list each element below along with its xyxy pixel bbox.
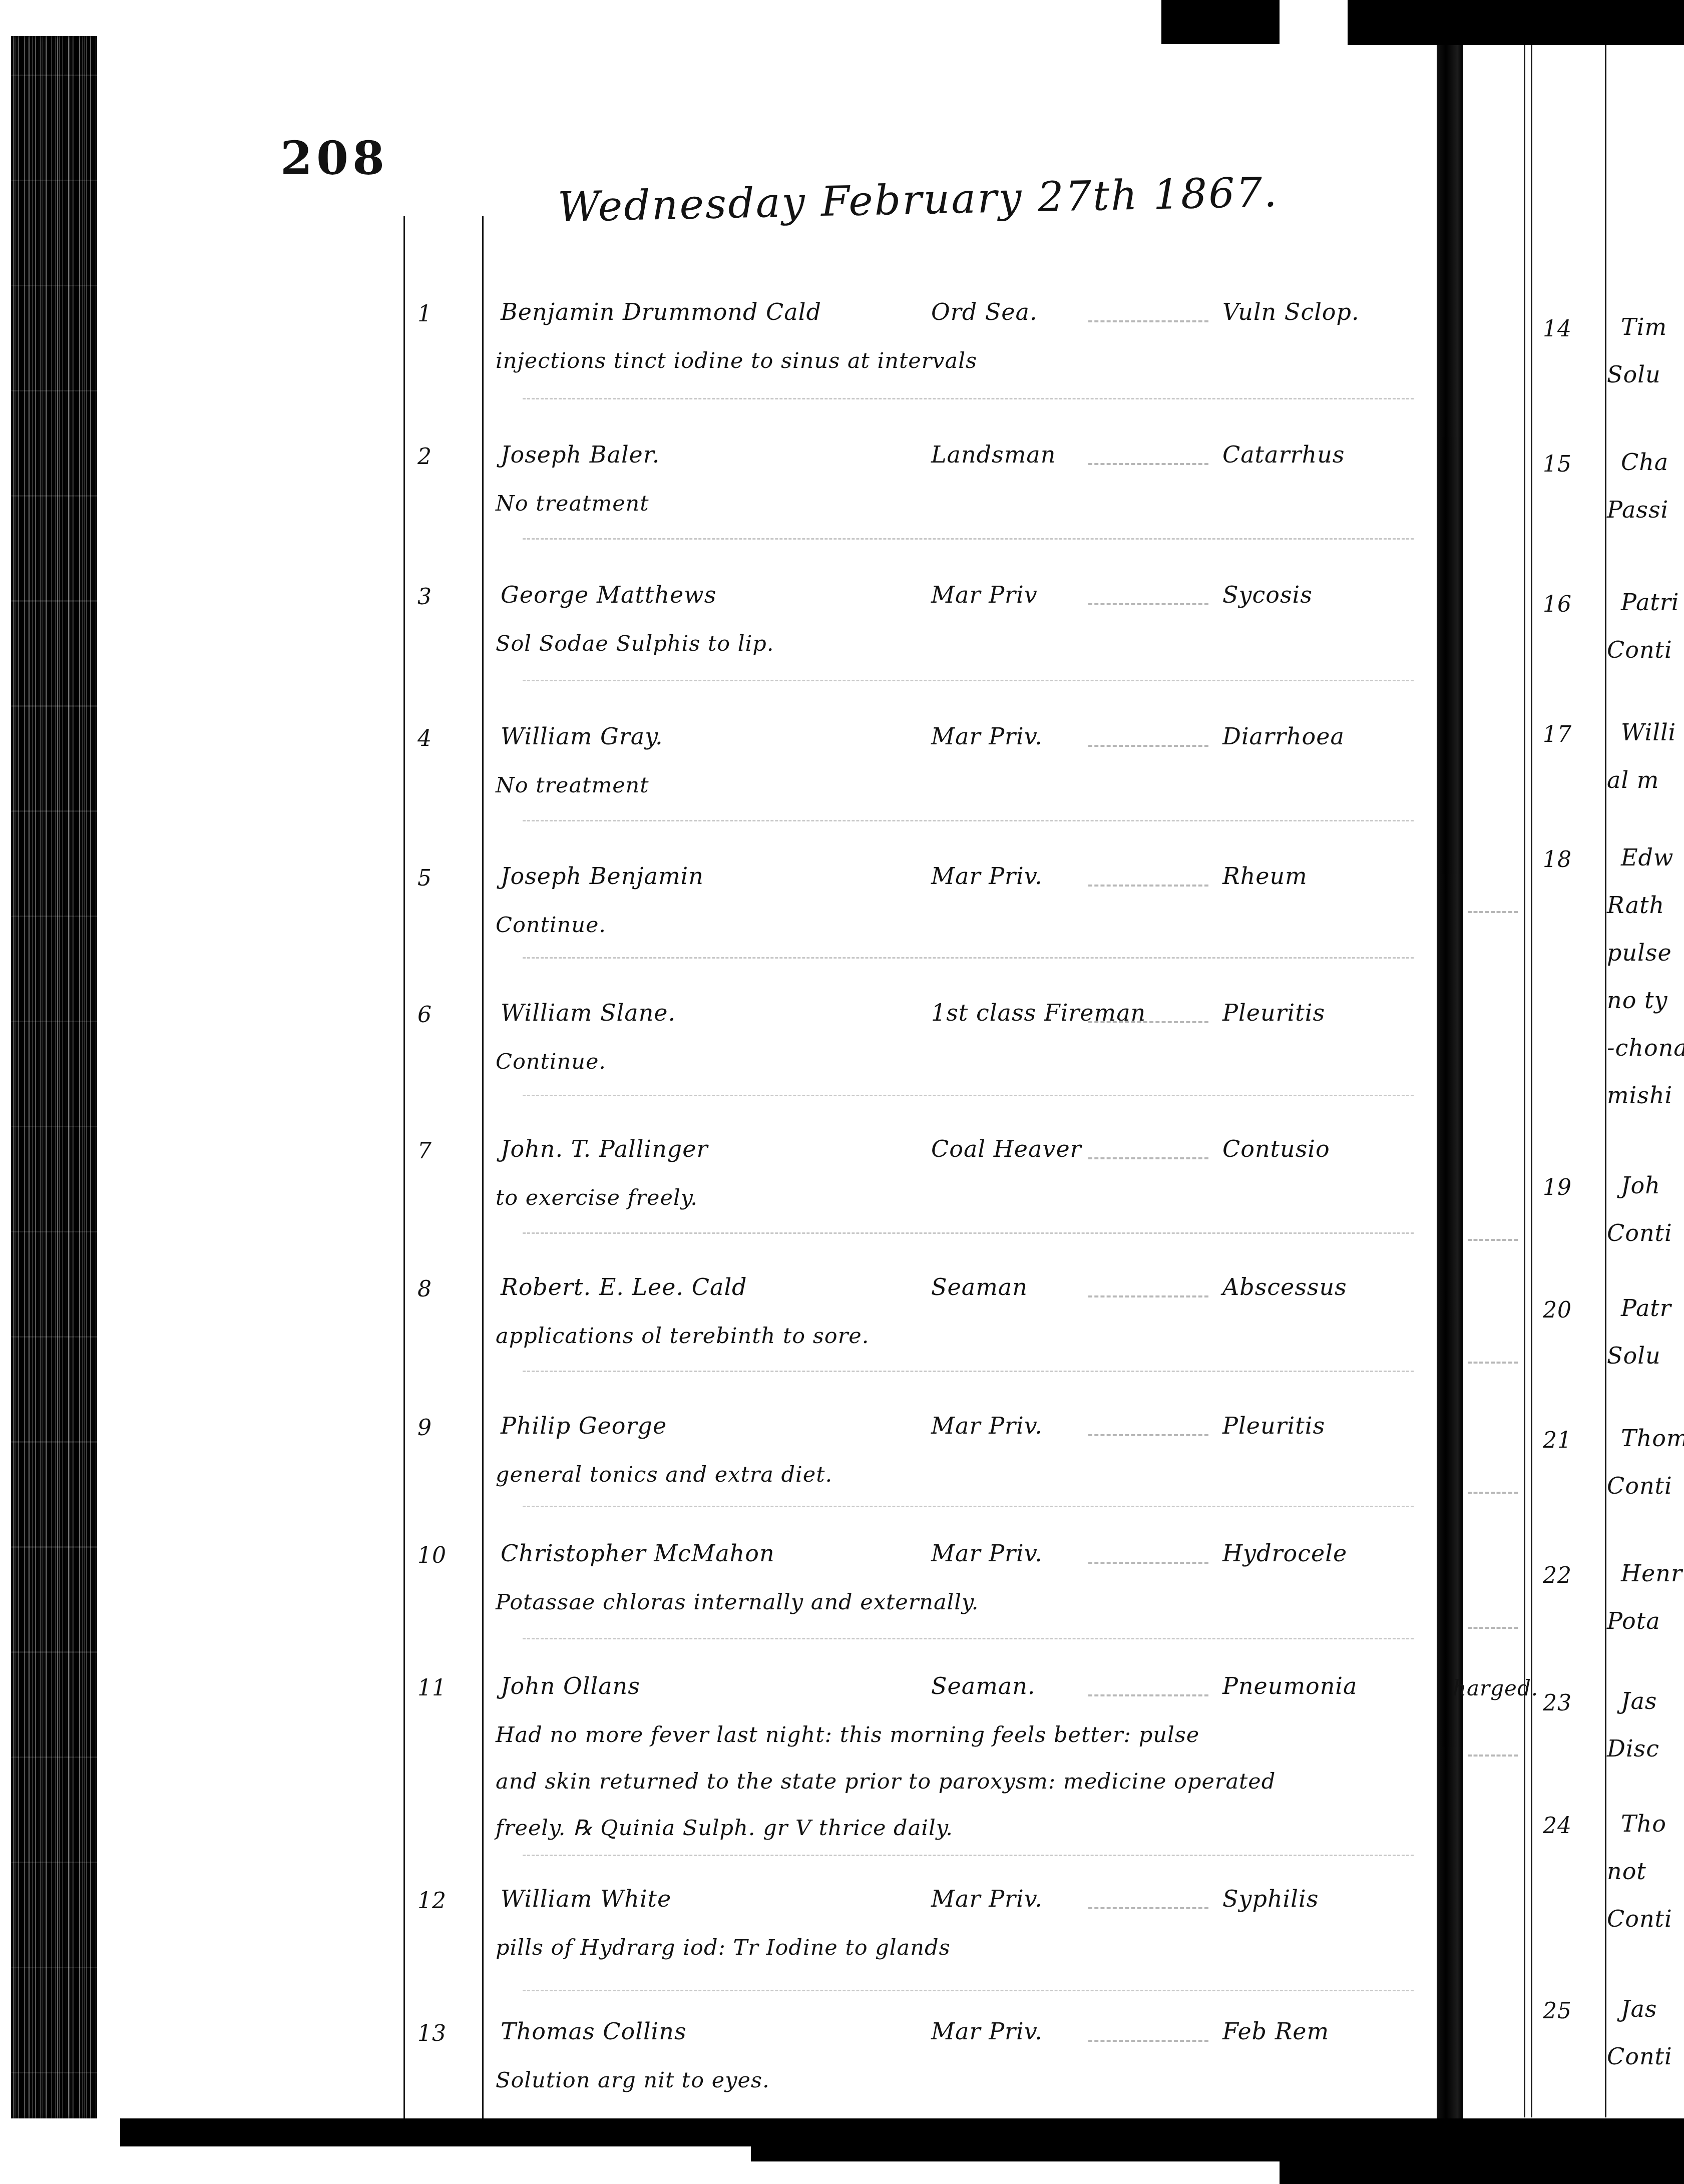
entry-number: 12: [417, 1890, 447, 1912]
dotted-leader: [1088, 745, 1208, 747]
diagnosis: Hydrocele: [1222, 1542, 1347, 1565]
dotted-leader: [1088, 603, 1208, 605]
dotted-rule: [523, 1232, 1414, 1234]
entry-number: 6: [417, 1004, 432, 1026]
diagnosis: Sycosis: [1222, 583, 1313, 606]
patient-name: Joseph Baler.: [501, 443, 660, 466]
diagnosis: Diarrhoea: [1222, 725, 1345, 748]
folio-number: 208: [280, 131, 388, 185]
dotted-leader: [1088, 1562, 1208, 1564]
diagnosis: Vuln Sclop.: [1222, 300, 1360, 323]
dotted-rule: [523, 398, 1414, 399]
dotted-rule: [523, 820, 1414, 821]
treatment-note: freely. ℞ Quinia Sulph. gr V thrice dail…: [496, 1818, 953, 1839]
entry-text-fragment: Rath: [1607, 894, 1664, 917]
date-heading: Wednesday February 27th 1867.: [557, 169, 1279, 231]
entry-number: 16: [1543, 594, 1572, 616]
dotted-leader: [1088, 1021, 1208, 1023]
entry-text-fragment: Conti: [1607, 1221, 1672, 1244]
patient-name: William Gray.: [501, 725, 663, 748]
treatment-note: Potassae chloras internally and external…: [496, 1592, 979, 1613]
dotted-leader: [1088, 320, 1208, 322]
treatment-note: Solution arg nit to eyes.: [496, 2070, 770, 2091]
treatment-note: and skin returned to the state prior to …: [496, 1771, 1276, 1793]
patient-name: Philip George: [501, 1414, 667, 1437]
entry-number: 25: [1543, 2000, 1572, 2022]
column-rule-right: [482, 216, 484, 2118]
patient-rating: Coal Heaver: [931, 1137, 1082, 1160]
treatment-note: No treatment: [496, 775, 649, 796]
entry-number: 13: [417, 2023, 447, 2045]
scanned-ledger-page: 208 Wednesday February 27th 1867. 1Benja…: [0, 0, 1684, 2184]
entry-number: 2: [417, 446, 432, 468]
entry-number: 22: [1543, 1565, 1572, 1587]
treatment-note: to exercise freely.: [496, 1187, 698, 1209]
entry-text-fragment: no ty: [1607, 989, 1667, 1012]
entry-number: 8: [417, 1278, 432, 1300]
entry-text-fragment: Patri: [1621, 591, 1679, 614]
dotted-rule: [523, 1990, 1414, 1991]
entry-text-fragment: mishi: [1607, 1084, 1672, 1107]
entry-number: 5: [417, 867, 432, 890]
entry-text-fragment: Jas: [1621, 1689, 1657, 1712]
column-rule-left: [403, 216, 405, 2118]
treatment-note: pills of Hydrarg iod: Tr Iodine to gland…: [496, 1937, 950, 1959]
treatment-note: Continue.: [496, 915, 606, 936]
treatment-note: general tonics and extra diet.: [496, 1464, 832, 1486]
dotted-leader: [1468, 1362, 1518, 1364]
book-spine-page-edges: [11, 36, 97, 2118]
diagnosis: Rheum: [1222, 864, 1308, 888]
entry-number: 23: [1543, 1692, 1572, 1714]
entry-text-fragment: al m: [1607, 768, 1659, 791]
diagnosis: Pleuritis: [1222, 1001, 1325, 1024]
entry-text-fragment: Solu: [1607, 363, 1661, 386]
patient-rating: Seaman.: [931, 1674, 1035, 1697]
entry-text-fragment: Jas: [1621, 1997, 1657, 2020]
dotted-leader: [1468, 1627, 1518, 1629]
entry-number: 15: [1543, 454, 1572, 476]
treatment-note: Had no more fever last night: this morni…: [496, 1724, 1199, 1746]
patient-name: George Matthews: [501, 583, 716, 606]
entry-text-fragment: Willi: [1621, 721, 1676, 744]
scan-artifact-top-2: [1348, 0, 1684, 45]
patient-rating: Mar Priv.: [931, 725, 1043, 748]
gutter-disposition-note: harged.: [1453, 1678, 1538, 1699]
entry-text-fragment: Henr: [1621, 1562, 1682, 1585]
entry-text-fragment: Tho: [1621, 1812, 1666, 1835]
patient-rating: Landsman: [931, 443, 1056, 466]
dotted-leader: [1468, 1492, 1518, 1494]
dotted-leader: [1088, 1907, 1208, 1909]
entry-text-fragment: Disc: [1607, 1737, 1659, 1760]
entry-number: 10: [417, 1545, 447, 1567]
patient-rating: Mar Priv.: [931, 1542, 1043, 1565]
dotted-rule: [523, 680, 1414, 681]
diagnosis: Pleuritis: [1222, 1414, 1325, 1437]
entry-text-fragment: Passi: [1607, 498, 1668, 521]
dotted-rule: [523, 1638, 1414, 1639]
entry-number: 17: [1543, 724, 1572, 746]
entry-number: 24: [1543, 1815, 1572, 1837]
dotted-leader: [1088, 1157, 1208, 1159]
scan-artifact-top-1: [1161, 0, 1280, 44]
entry-number: 9: [417, 1417, 432, 1439]
diagnosis: Syphilis: [1222, 1887, 1319, 1910]
patient-name: William White: [501, 1887, 671, 1910]
entry-number: 3: [417, 586, 432, 608]
entry-text-fragment: -chona: [1607, 1036, 1684, 1059]
right-page-content: 14TimSolu15ChaPassi16PatriConti17Willial…: [1463, 35, 1684, 2120]
patient-name: Benjamin Drummond Cald: [501, 300, 821, 323]
entry-text-fragment: pulse: [1607, 941, 1672, 964]
dotted-leader: [1468, 911, 1518, 913]
entry-text-fragment: Conti: [1607, 2045, 1672, 2068]
entry-text-fragment: Joh: [1621, 1174, 1660, 1197]
dotted-rule: [523, 1506, 1414, 1507]
diagnosis: Abscessus: [1222, 1275, 1347, 1298]
patient-name: John Ollans: [501, 1674, 640, 1697]
book-gutter-shadow: [1437, 37, 1463, 2118]
treatment-note: Sol Sodae Sulphis to lip.: [496, 633, 774, 655]
treatment-note: injections tinct iodine to sinus at inte…: [496, 350, 977, 372]
treatment-note: applications ol terebinth to sore.: [496, 1326, 869, 1347]
entry-text-fragment: Patr: [1621, 1296, 1671, 1320]
dotted-rule: [523, 1855, 1414, 1856]
patient-rating: Mar Priv.: [931, 1414, 1043, 1437]
entry-text-fragment: Thom: [1621, 1427, 1684, 1450]
patient-name: John. T. Pallinger: [501, 1137, 708, 1160]
patient-name: Christopher McMahon: [501, 1542, 775, 1565]
patient-rating: Seaman: [931, 1275, 1028, 1298]
entry-number: 14: [1543, 318, 1572, 340]
patient-name: William Slane.: [501, 1001, 676, 1024]
entry-text-fragment: Tim: [1621, 315, 1667, 338]
patient-rating: Mar Priv.: [931, 864, 1043, 888]
dotted-leader: [1088, 1434, 1208, 1436]
right-column-rule-c: [1605, 35, 1606, 2117]
dotted-leader: [1468, 1755, 1518, 1757]
entry-text-fragment: Conti: [1607, 1907, 1672, 1930]
dotted-leader: [1088, 463, 1208, 465]
patient-rating: Mar Priv.: [931, 2020, 1043, 2043]
diagnosis: Catarrhus: [1222, 443, 1345, 466]
treatment-note: Continue.: [496, 1051, 606, 1073]
entry-text-fragment: not: [1607, 1860, 1646, 1883]
dotted-leader: [1088, 2040, 1208, 2042]
dotted-leader: [1088, 885, 1208, 887]
patient-rating: Mar Priv.: [931, 1887, 1043, 1910]
dotted-leader: [1088, 1295, 1208, 1297]
entry-number: 11: [417, 1677, 447, 1699]
entry-number: 21: [1543, 1430, 1572, 1452]
diagnosis: Contusio: [1222, 1137, 1330, 1160]
right-column-rule-b: [1531, 35, 1532, 2117]
entry-number: 19: [1543, 1177, 1572, 1199]
entry-text-fragment: Conti: [1607, 1474, 1672, 1497]
dotted-leader: [1468, 1239, 1518, 1241]
dotted-rule: [523, 538, 1414, 540]
dotted-rule: [523, 1371, 1414, 1372]
treatment-note: No treatment: [496, 493, 649, 515]
scan-artifact-bottom-right: [1280, 2136, 1684, 2184]
left-page-content: 208 Wednesday February 27th 1867. 1Benja…: [97, 35, 1437, 2121]
diagnosis: Feb Rem: [1222, 2020, 1329, 2043]
entry-text-fragment: Solu: [1607, 1344, 1661, 1367]
diagnosis: Pneumonia: [1222, 1674, 1358, 1697]
entry-number: 20: [1543, 1299, 1572, 1322]
entry-text-fragment: Edw: [1621, 846, 1673, 869]
entry-number: 4: [417, 728, 432, 750]
dotted-leader: [1088, 1694, 1208, 1696]
right-column-rule-a: [1524, 35, 1525, 2117]
entry-text-fragment: Pota: [1607, 1609, 1660, 1632]
patient-name: Robert. E. Lee. Cald: [501, 1275, 747, 1298]
patient-rating: Ord Sea.: [931, 300, 1038, 323]
patient-name: Joseph Benjamin: [501, 864, 704, 888]
entry-number: 18: [1543, 849, 1572, 871]
entry-number: 1: [417, 303, 432, 325]
patient-rating: Mar Priv: [931, 583, 1038, 606]
entry-text-fragment: Cha: [1621, 451, 1668, 474]
entry-number: 7: [417, 1140, 432, 1162]
entry-text-fragment: Conti: [1607, 638, 1672, 661]
patient-name: Thomas Collins: [501, 2020, 687, 2043]
dotted-rule: [523, 1095, 1414, 1096]
dotted-rule: [523, 957, 1414, 959]
